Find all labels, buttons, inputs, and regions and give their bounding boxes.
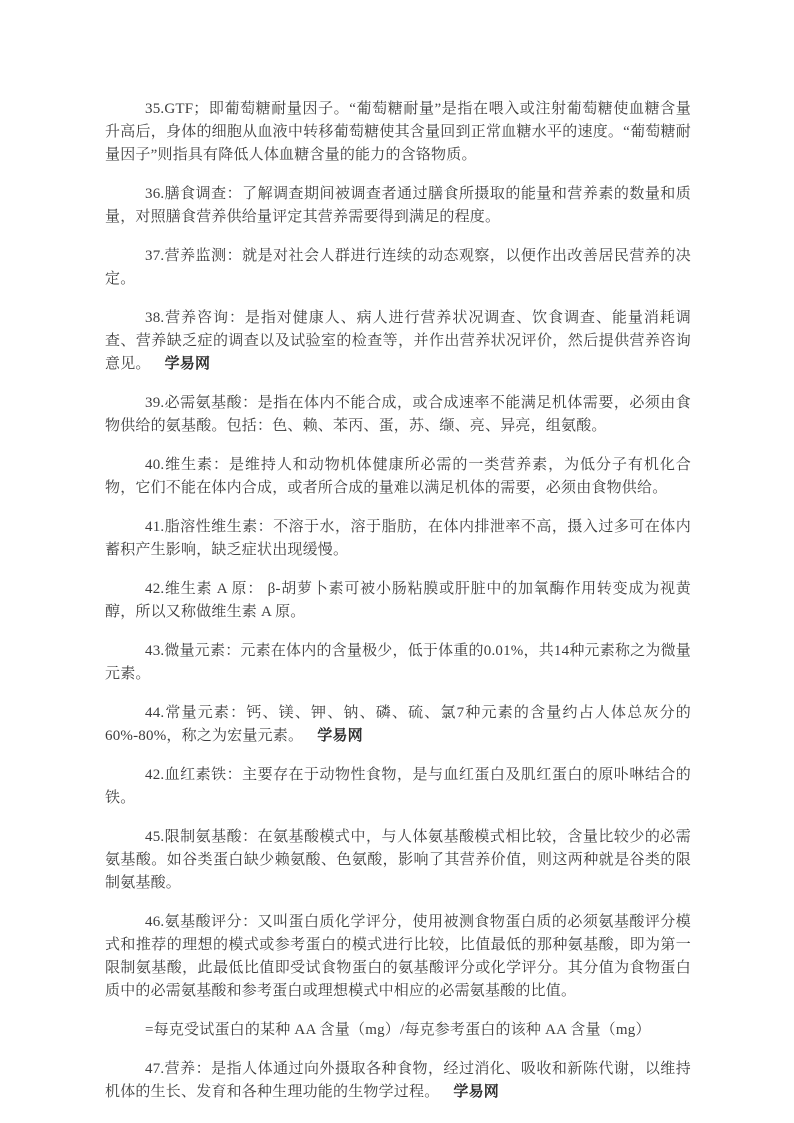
paragraph-text: 43.微量元素：元素在体内的含量极少，低于体重的0.01%，共14种元素称之为微…: [105, 643, 691, 682]
formula-line: =每克受试蛋白的某种 AA 含量（mg）/每克参考蛋白的该种 AA 含量（mg）: [105, 1019, 691, 1042]
paragraph-text: 42.维生素 A 原： β-胡萝卜素可被小肠粘膜或肝脏中的加氧酶作用转变成为视黄…: [105, 581, 691, 620]
definition-paragraph-42-heme-iron: 42.血红素铁：主要存在于动物性食物，是与血红蛋白及肌红蛋白的原卟啉结合的铁。: [105, 764, 691, 810]
definition-paragraph-41: 41.脂溶性维生素：不溶于水，溶于脂肪，在体内排泄率不高，摄入过多可在体内蓄积产…: [105, 516, 691, 562]
paragraph-text: 39.必需氨基酸：是指在体内不能合成，或合成速率不能满足机体需要，必须由食物供给…: [105, 395, 691, 434]
paragraph-text: 45.限制氨基酸：在氨基酸模式中，与人体氨基酸模式相比较，含量比较少的必需氨基酸…: [105, 829, 691, 891]
watermark-text: 学易网: [453, 1084, 499, 1100]
watermark-text: 学易网: [317, 728, 363, 744]
paragraph-text: 42.血红素铁：主要存在于动物性食物，是与血红蛋白及肌红蛋白的原卟啉结合的铁。: [105, 767, 691, 806]
paragraph-text: 40.维生素：是维持人和动物机体健康所必需的一类营养素，为低分子有机化合物，它们…: [105, 457, 691, 496]
definition-paragraph-35: 35.GTF；即葡萄糖耐量因子。“葡萄糖耐量”是指在喂入或注射葡萄糖使血糖含量升…: [105, 98, 691, 167]
paragraph-text: =每克受试蛋白的某种 AA 含量（mg）/每克参考蛋白的该种 AA 含量（mg）: [145, 1022, 651, 1038]
definition-paragraph-47: 47.营养：是指人体通过向外摄取各种食物，经过消化、吸收和新陈代谢，以维持机体的…: [105, 1058, 691, 1104]
paragraph-text: 35.GTF；即葡萄糖耐量因子。“葡萄糖耐量”是指在喂入或注射葡萄糖使血糖含量升…: [105, 101, 691, 163]
document-page: 35.GTF；即葡萄糖耐量因子。“葡萄糖耐量”是指在喂入或注射葡萄糖使血糖含量升…: [0, 0, 794, 1123]
definition-paragraph-39: 39.必需氨基酸：是指在体内不能合成，或合成速率不能满足机体需要，必须由食物供给…: [105, 392, 691, 438]
definition-paragraph-37: 37.营养监测：就是对社会人群进行连续的动态观察，以便作出改善居民营养的决定。: [105, 245, 691, 291]
definition-paragraph-42-vitamin-a: 42.维生素 A 原： β-胡萝卜素可被小肠粘膜或肝脏中的加氧酶作用转变成为视黄…: [105, 578, 691, 624]
definition-paragraph-40: 40.维生素：是维持人和动物机体健康所必需的一类营养素，为低分子有机化合物，它们…: [105, 454, 691, 500]
definition-paragraph-46: 46.氨基酸评分：又叫蛋白质化学评分，使用被测食物蛋白质的必须氨基酸评分模式和推…: [105, 911, 691, 1003]
paragraph-text: 36.膳食调查：了解调查期间被调查者通过膳食所摄取的能量和营养素的数量和质量，对…: [105, 186, 691, 225]
paragraph-text: 37.营养监测：就是对社会人群进行连续的动态观察，以便作出改善居民营养的决定。: [105, 248, 691, 287]
paragraph-text: 47.营养：是指人体通过向外摄取各种食物，经过消化、吸收和新陈代谢，以维持机体的…: [105, 1061, 691, 1100]
definition-paragraph-38: 38.营养咨询：是指对健康人、病人进行营养状况调查、饮食调查、能量消耗调查、营养…: [105, 307, 691, 376]
definition-paragraph-45: 45.限制氨基酸：在氨基酸模式中，与人体氨基酸模式相比较，含量比较少的必需氨基酸…: [105, 826, 691, 895]
definition-paragraph-36: 36.膳食调查：了解调查期间被调查者通过膳食所摄取的能量和营养素的数量和质量，对…: [105, 183, 691, 229]
document-text-block: 35.GTF；即葡萄糖耐量因子。“葡萄糖耐量”是指在喂入或注射葡萄糖使血糖含量升…: [105, 98, 691, 1120]
definition-paragraph-43: 43.微量元素：元素在体内的含量极少，低于体重的0.01%，共14种元素称之为微…: [105, 640, 691, 686]
paragraph-text: 46.氨基酸评分：又叫蛋白质化学评分，使用被测食物蛋白质的必须氨基酸评分模式和推…: [105, 914, 691, 999]
definition-paragraph-44: 44.常量元素：钙、镁、钾、钠、磷、硫、氯7种元素的含量约占人体总灰分的60%-…: [105, 702, 691, 748]
watermark-text: 学易网: [165, 356, 211, 372]
paragraph-text: 41.脂溶性维生素：不溶于水，溶于脂肪，在体内排泄率不高，摄入过多可在体内蓄积产…: [105, 519, 691, 558]
paragraph-text: 44.常量元素：钙、镁、钾、钠、磷、硫、氯7种元素的含量约占人体总灰分的60%-…: [105, 705, 691, 744]
